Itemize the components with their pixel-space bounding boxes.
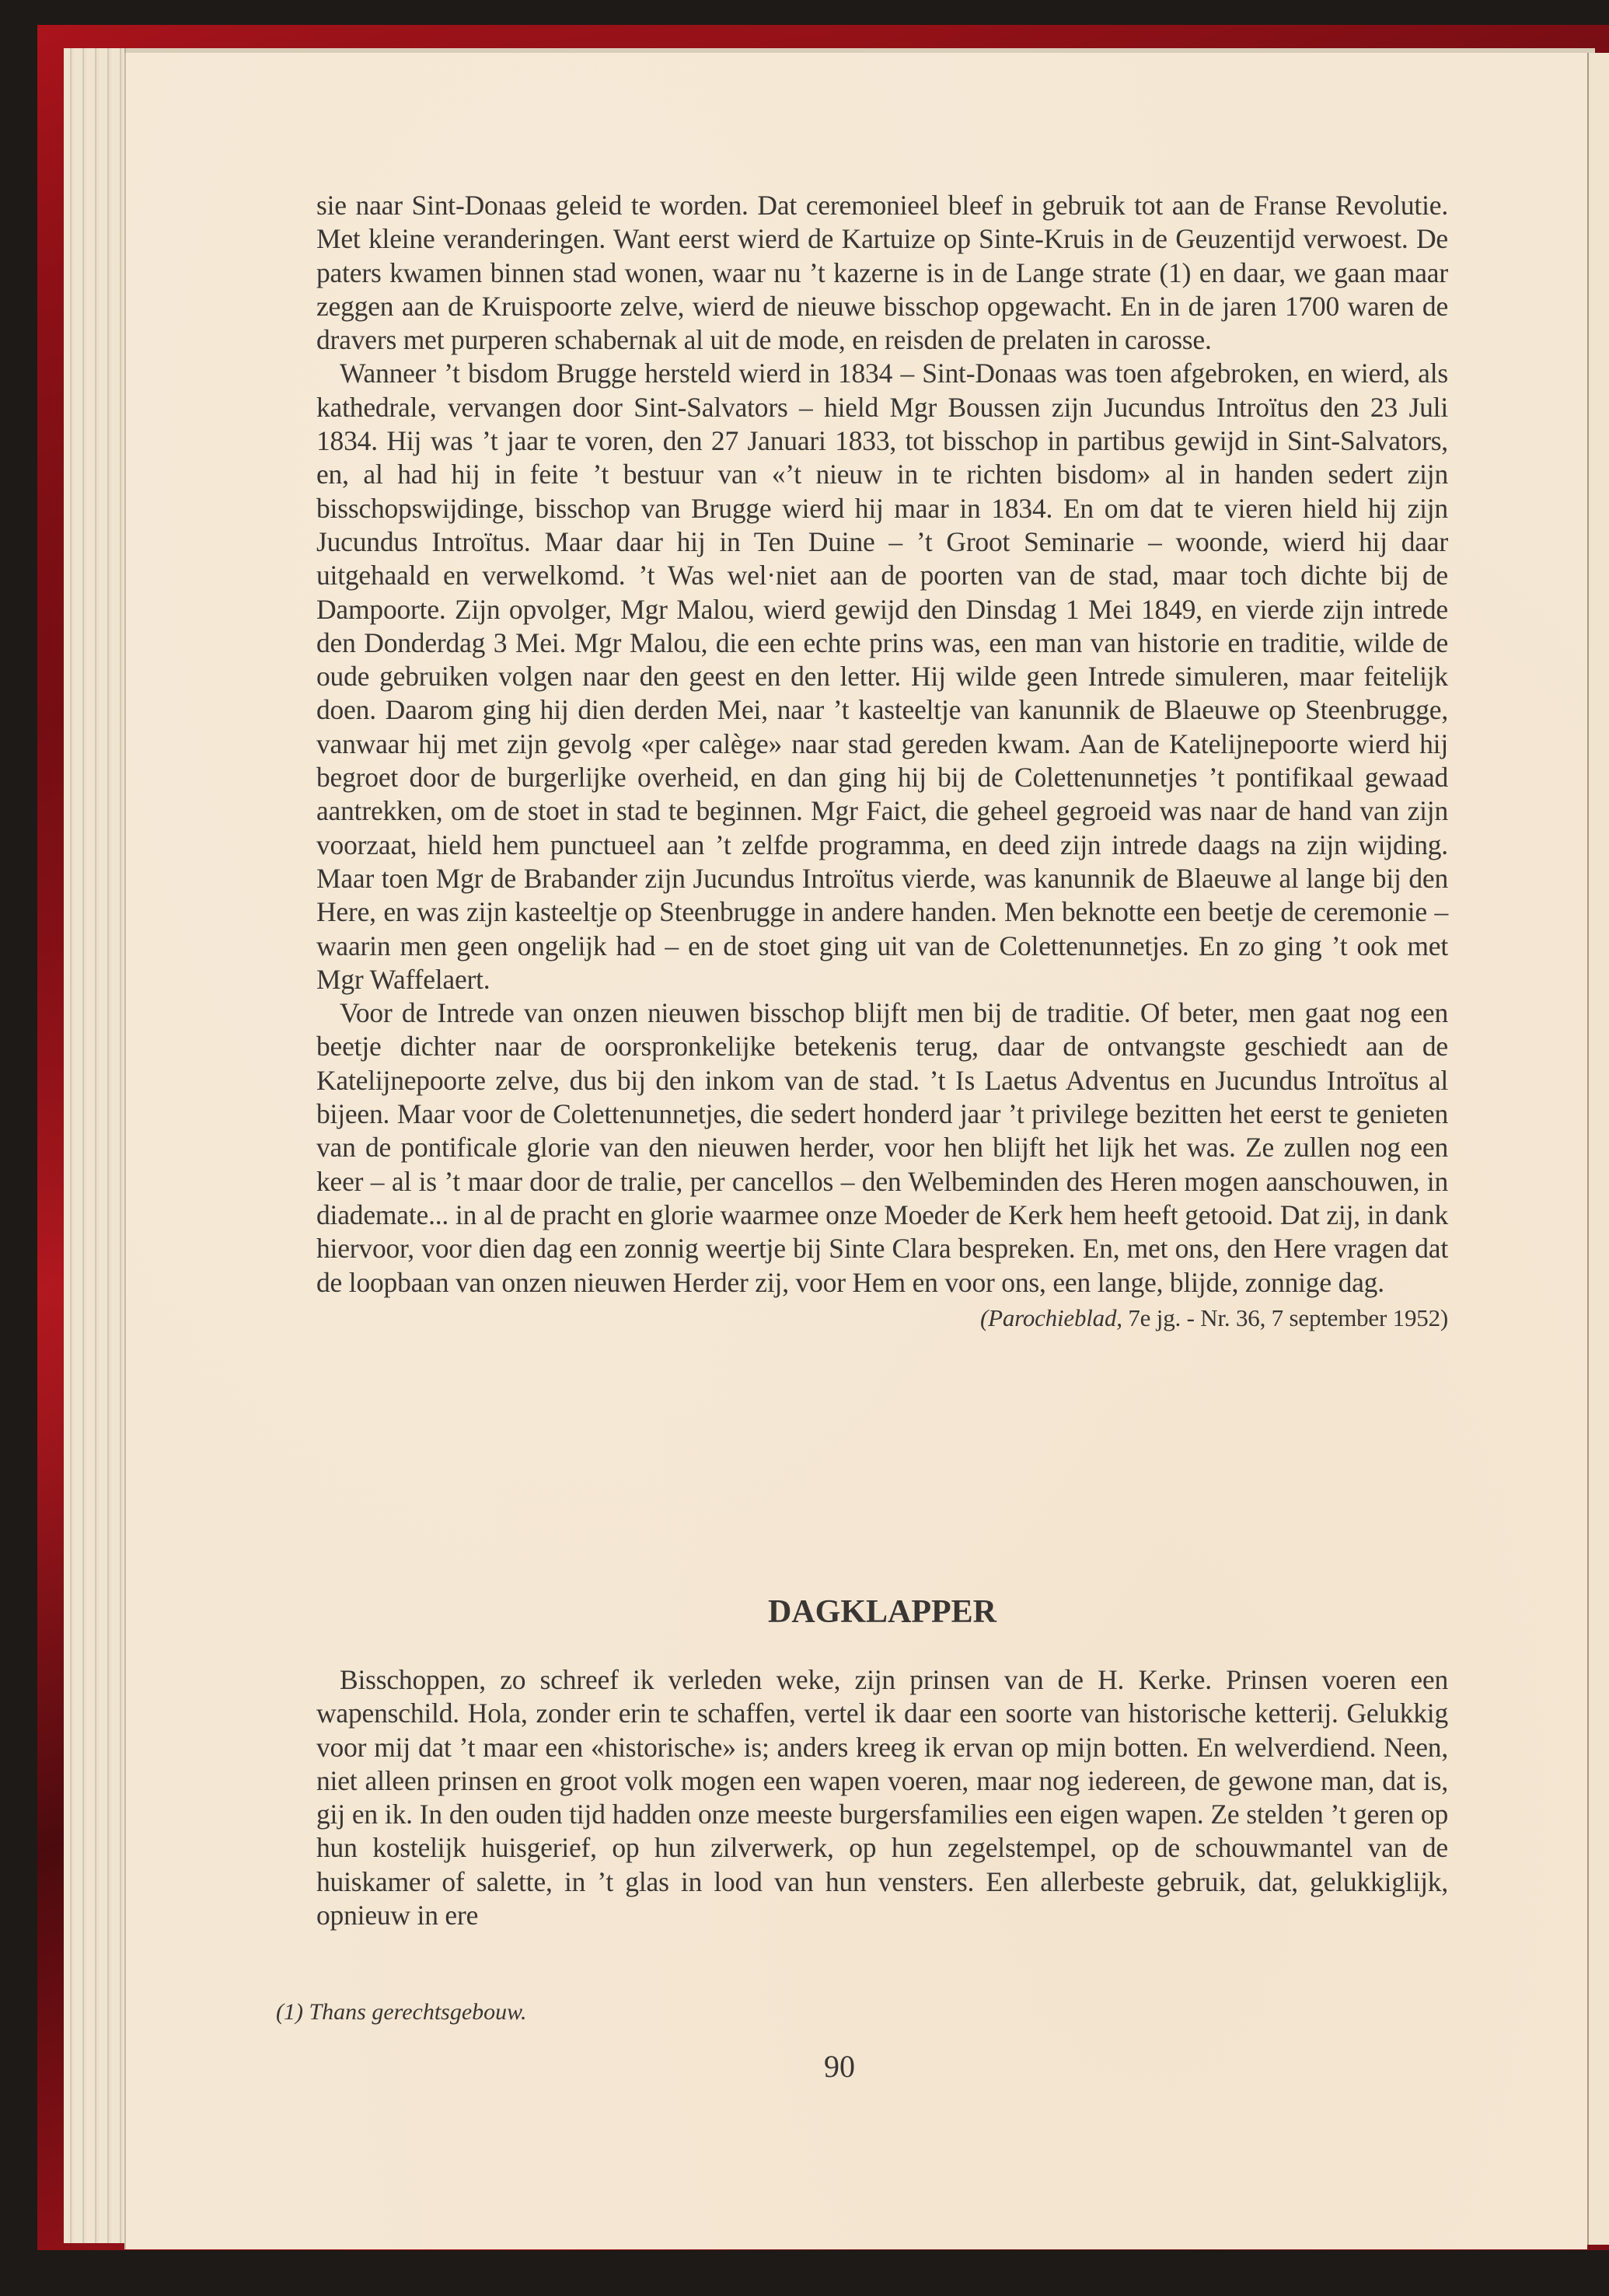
- page-number: 90: [808, 2048, 871, 2085]
- article-body: sie naar Sint-Donaas geleid te worden. D…: [316, 189, 1448, 1335]
- background-bottom: [0, 2250, 1609, 2296]
- next-page-edge: [1586, 53, 1609, 2245]
- citation-open: (: [980, 1304, 988, 1331]
- page-stack-edge: [64, 48, 126, 2243]
- section-heading: DAGKLAPPER: [316, 1593, 1448, 1631]
- paragraph: Bisschoppen, zo schreef ik verleden weke…: [316, 1663, 1448, 1932]
- paragraph: Voor de Intrede van onzen nieuwen bissch…: [316, 996, 1448, 1300]
- citation: (Parochieblad, 7e jg. - Nr. 36, 7 septem…: [316, 1301, 1448, 1335]
- citation-source: Parochieblad,: [988, 1304, 1122, 1331]
- paragraph: sie naar Sint-Donaas geleid te worden. D…: [316, 189, 1448, 357]
- footnote: (1) Thans gerechtsgebouw.: [276, 1999, 526, 2026]
- citation-details: 7e jg. - Nr. 36, 7 september 1952): [1122, 1304, 1448, 1331]
- article2-body: Bisschoppen, zo schreef ik verleden weke…: [316, 1663, 1448, 1932]
- paragraph: Wanneer ’t bisdom Brugge hersteld wierd …: [316, 357, 1448, 996]
